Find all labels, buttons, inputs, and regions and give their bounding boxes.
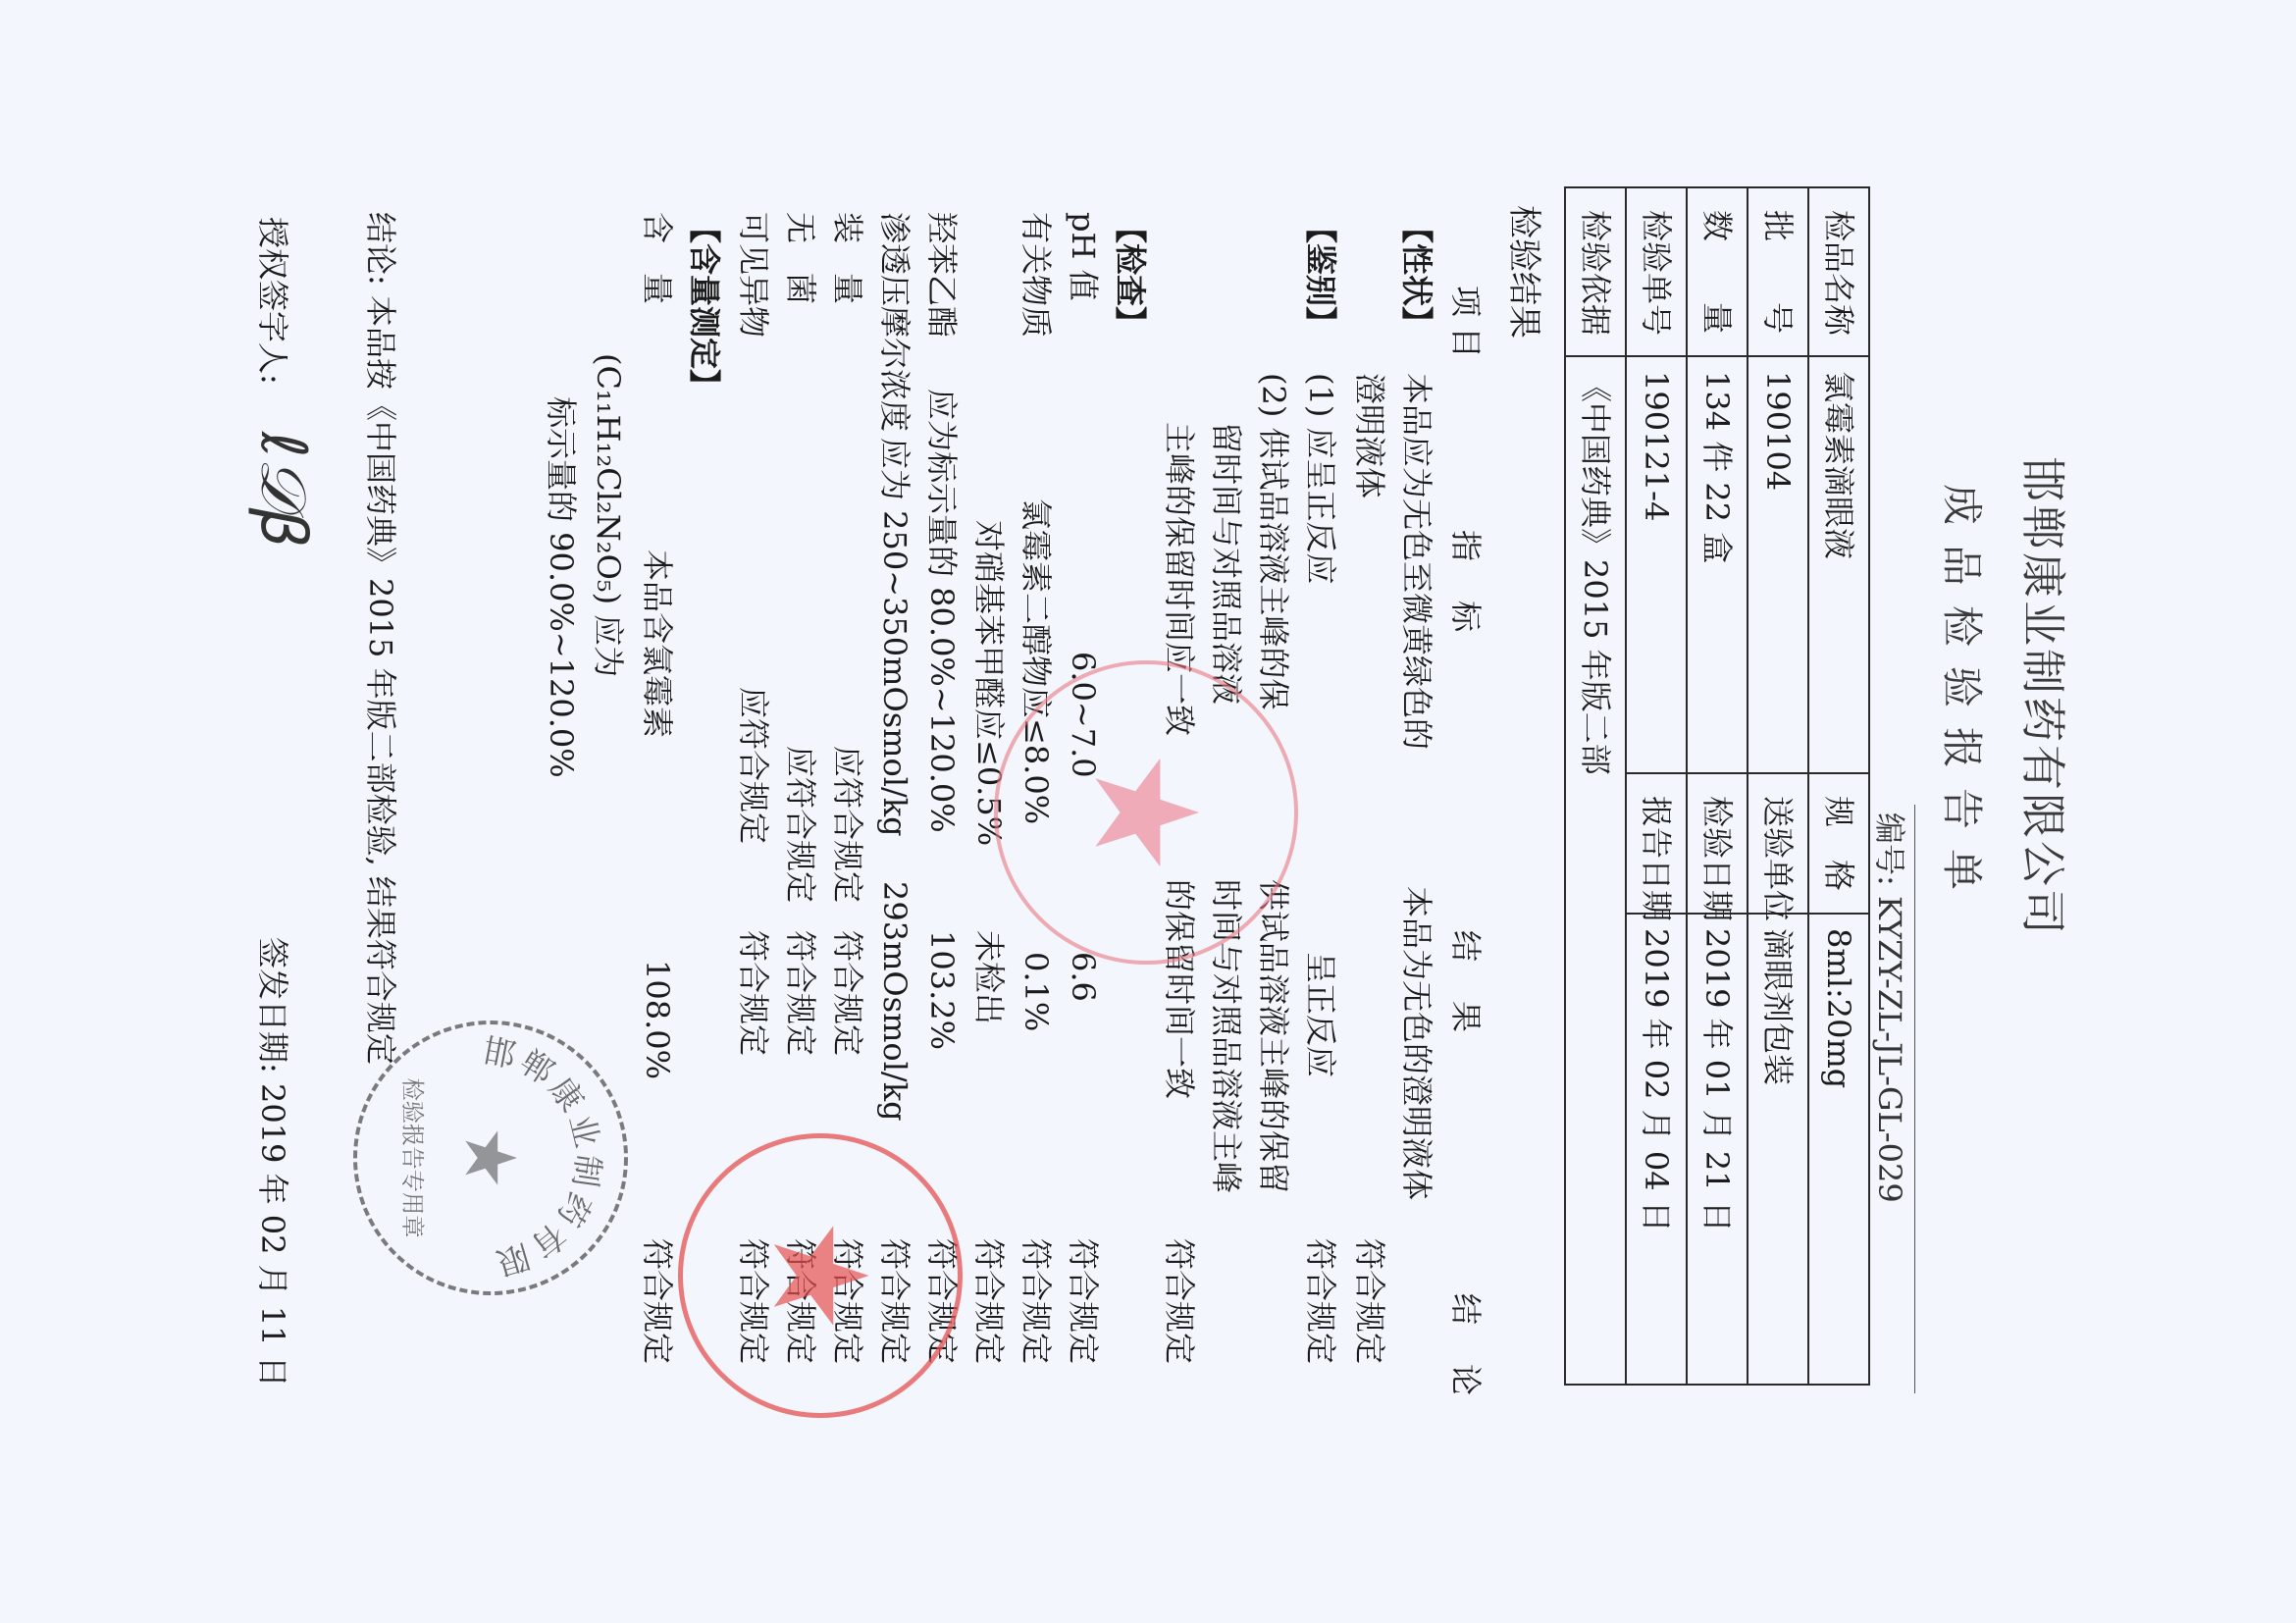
table-row: 数量 134 件 22 盒 检验日期 2019 年 01 月 21 日	[1687, 187, 1748, 1385]
identification-2-standard: (2) 供试品溶液主峰的保	[1258, 373, 1289, 710]
related-substances-result-2: 未检出	[973, 930, 1005, 1024]
identification-2-result: 供试品溶液主峰的保留	[1258, 879, 1289, 1193]
section-checks: 【检查】	[1115, 212, 1146, 338]
assay-standard-formula: (C₁₁H₁₂Cl₂N₂O₅) 应为	[593, 353, 624, 677]
identification-2-conclusion: 符合规定	[1164, 1238, 1195, 1364]
ethylparaben-standard: 应为标示量的 80.0%~120.0%	[926, 389, 958, 833]
field-value: 滴眼剂包装	[1748, 914, 1808, 1385]
report-number-label: 编号:	[1871, 812, 1908, 886]
table-row: 检验单号 190121-4 报告日期 2019 年 02 月 04 日	[1626, 187, 1687, 1385]
field-value: 8ml:20mg	[1808, 914, 1869, 1385]
field-label: 送验单位	[1748, 773, 1808, 914]
star-icon	[766, 1222, 874, 1330]
field-label: 规格	[1808, 773, 1869, 914]
sterility-result: 符合规定	[785, 930, 816, 1056]
field-label: 检品名称	[1808, 187, 1869, 356]
field-label: 检验依据	[1565, 187, 1626, 356]
field-label: 数量	[1687, 187, 1748, 356]
osmolality-result: 293mOsmol/kg	[879, 881, 911, 1122]
field-label: 批号	[1748, 187, 1808, 356]
issue-date: 签发日期: 2019 年 02 月 11 日	[257, 937, 288, 1387]
field-label: 报告日期	[1626, 773, 1687, 914]
appearance-result: 本品为无色的澄明液体	[1401, 886, 1433, 1200]
field-value: 2019 年 02 月 04 日	[1626, 914, 1687, 1385]
related-substances-item: 有关物质	[1020, 212, 1052, 338]
sterility-standard: 应符合规定	[785, 746, 816, 903]
company-name: 邯郸康业制药有限公司	[2020, 0, 2065, 1393]
product-info-table: 检品名称 氯霉素滴眼液 规格 8ml:20mg 批号 190104 送验单位 滴…	[1564, 186, 1870, 1386]
sterility-item: 无菌	[785, 212, 816, 334]
ph-item: pH 值	[1068, 212, 1099, 301]
field-value: 《中国药典》2015 年版二部	[1565, 356, 1626, 1385]
fill-volume-result: 符合规定	[832, 930, 863, 1056]
visible-particles-result: 符合规定	[738, 930, 769, 1056]
related-substances-result: 0.1%	[1020, 952, 1052, 1031]
issue-date-value: 2019 年 02 月 11 日	[254, 1083, 291, 1387]
appearance-conclusion: 符合规定	[1354, 1238, 1385, 1364]
ethylparaben-item: 羟苯乙酯	[926, 212, 958, 338]
field-label: 检验日期	[1687, 773, 1748, 914]
visible-particles-standard: 应符合规定	[738, 687, 769, 844]
column-header-result: 结果	[1450, 930, 1482, 1072]
inspection-seal-stamp	[678, 1133, 963, 1418]
related-substances-conclusion-2: 符合规定	[973, 1238, 1005, 1364]
osmolality-item: 渗透压摩尔浓度	[879, 212, 911, 432]
field-value: 190104	[1748, 356, 1808, 773]
identification-2-standard-cont: 留时间与对照品溶液	[1211, 422, 1242, 705]
appearance-standard: 本品应为无色至微黄绿色的	[1401, 373, 1433, 750]
results-heading: 检验结果	[1507, 205, 1540, 339]
authorized-signatory-label: 授权签字人:	[257, 217, 288, 385]
assay-standard: 本品含氯霉素	[642, 550, 673, 738]
quality-seal-stamp	[994, 660, 1298, 965]
identification-1-result: 呈正反应	[1305, 952, 1336, 1077]
company-seal-stamp: 邯郸康业制药有限公司 检验报告专用章	[353, 1021, 628, 1295]
related-substances-conclusion: 符合规定	[1020, 1238, 1052, 1364]
fill-volume-item: 装量	[832, 212, 863, 334]
inspection-report-page: 邯郸康业制药有限公司 成品检验报告单 编号: KYZY-ZL-JL-GL-029…	[0, 0, 2296, 1623]
visible-particles-item: 可见异物	[738, 212, 769, 338]
report-number: 编号: KYZY-ZL-JL-GL-029	[1874, 812, 1905, 1203]
field-value: 氯霉素滴眼液	[1808, 356, 1869, 773]
table-row: 批号 190104 送验单位 滴眼剂包装	[1748, 187, 1808, 1385]
signature: ℓ𝒟β	[251, 432, 314, 548]
field-label: 检验单号	[1626, 187, 1687, 356]
section-assay: 【含量测定】	[689, 212, 720, 400]
report-no-underline	[1914, 805, 1915, 1393]
report-number-value: KYZY-ZL-JL-GL-029	[1871, 896, 1908, 1203]
field-value: 190121-4	[1626, 356, 1687, 773]
assay-standard-range: 标示量的 90.0%~120.0%	[546, 396, 577, 778]
svg-text:检验报告专用章: 检验报告专用章	[399, 1077, 426, 1237]
table-row: 检验依据 《中国药典》2015 年版二部	[1565, 187, 1626, 1385]
section-appearance: 【性状】	[1401, 212, 1433, 338]
assay-item: 含量	[642, 212, 673, 334]
ethylparaben-result: 103.2%	[926, 930, 958, 1050]
identification-1-standard: (1) 应呈正反应	[1305, 373, 1336, 585]
issue-date-label: 签发日期:	[254, 937, 291, 1073]
appearance-standard-cont: 澄明液体	[1354, 373, 1385, 498]
star-icon	[1087, 754, 1205, 871]
identification-1-conclusion: 符合规定	[1305, 1238, 1336, 1364]
ph-result: 6.6	[1068, 952, 1099, 1002]
section-identification: 【鉴别】	[1305, 212, 1336, 338]
field-value: 2019 年 01 月 21 日	[1687, 914, 1748, 1385]
field-value: 134 件 22 盒	[1687, 356, 1748, 773]
osmolality-standard: 应为 250~350mOsmol/kg	[879, 438, 911, 837]
final-conclusion: 结论: 本品按《中国药典》2015 年版二部检验, 结果符合规定	[365, 212, 396, 1065]
ph-conclusion: 符合规定	[1068, 1238, 1099, 1364]
assay-result: 108.0%	[642, 960, 673, 1079]
column-header-standard: 指标	[1450, 530, 1482, 671]
assay-conclusion: 符合规定	[642, 1238, 673, 1364]
column-header-item: 项目	[1450, 286, 1482, 368]
star-icon	[461, 1128, 520, 1187]
table-row: 检品名称 氯霉素滴眼液 规格 8ml:20mg	[1808, 187, 1869, 1385]
fill-volume-standard: 应符合规定	[832, 746, 863, 903]
report-title: 成品检验报告单	[1941, 0, 1982, 1393]
column-header-conclusion: 结论	[1450, 1293, 1482, 1435]
